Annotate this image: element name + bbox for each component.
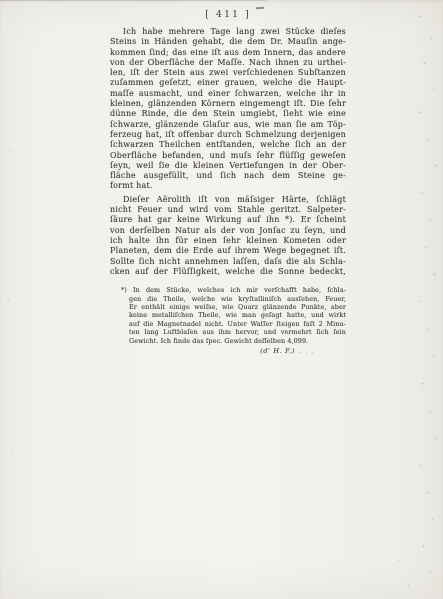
text-line: von der Oberfläche der Maſſe. Nach ihnen… xyxy=(110,58,346,68)
text-line: Dieſer Aërolith iſt von mäſsiger Härte, … xyxy=(110,195,346,205)
text-line: kommen ſind; das eine iſt aus dem Innern… xyxy=(110,48,346,58)
text-line: Planeten, dem die Erde auf ihrem Wege be… xyxy=(110,246,346,256)
text-line: zuſammen geſetzt, einer grauen, welche d… xyxy=(110,78,346,88)
text-line: ſäure hat gar keine Wirkung auf ihn *). … xyxy=(110,215,346,225)
footnote-lines: *) In dem Stücke, welches ich mir verſch… xyxy=(121,286,346,336)
text-line: nicht Feuer und wird vom Stahle geritzt.… xyxy=(110,205,346,215)
text-line: Sollte ſich nicht annehmen laſſen, daſs … xyxy=(110,257,346,267)
footnote-line: ten lang Luftblaſen aus ihm hervor, und … xyxy=(121,328,346,336)
text-line: ſchwarzen Theilchen entſtanden, welche ſ… xyxy=(110,140,346,150)
text-line: cken auf der Flüſſigkeit, welche die Son… xyxy=(110,267,346,277)
text-line: len, iſt der Stein aus zwei verſchiedene… xyxy=(110,68,346,78)
page-number: [ 411 ] xyxy=(110,9,346,20)
footnote-line: Gewicht. Ich finde das ſpec. Gewicht deſ… xyxy=(121,337,346,345)
text-line: von derſelben Natur als der von Jonſac z… xyxy=(110,226,346,236)
text-line: formt hat. xyxy=(110,181,346,191)
text-line: dünne Rinde, die den Stein umgiebt, ſieh… xyxy=(110,109,346,119)
scanned-book-page: [ 411 ] Ich habe mehrere Tage lang zwei … xyxy=(0,0,443,599)
text-line: Steins in Händen gehabt, die dem Dr. Mau… xyxy=(110,37,346,47)
scan-speckles xyxy=(0,0,1,1)
text-line: Oberfläche befanden, und muſs ſehr flüſſ… xyxy=(110,151,346,161)
author-signature: (d' H. F.) xyxy=(110,347,335,355)
text-line: ich halte ihn für einen ſehr kleinen Kom… xyxy=(110,236,346,246)
footnote: *) In dem Stücke, welches ich mir verſch… xyxy=(121,286,346,345)
paragraph-2: Dieſer Aërolith iſt von mäſsiger Härte, … xyxy=(110,195,346,277)
footnote-line: auf die Magnetnadel nicht. Unter Waſſer … xyxy=(121,320,346,328)
paragraph-2-lines: Dieſer Aërolith iſt von mäſsiger Härte, … xyxy=(110,195,346,277)
text-line: ſeyn, weil ſie die kleinen Vertiefungen … xyxy=(110,161,346,171)
text-line: Ich habe mehrere Tage lang zwei Stücke d… xyxy=(110,27,346,37)
text-line: maſſe ausmacht, und einer ſchwarzen, wel… xyxy=(110,89,346,99)
paragraph-1-lines: Ich habe mehrere Tage lang zwei Stücke d… xyxy=(110,27,346,181)
text-line: fläche ausgefüllt, und ſich nach dem Ste… xyxy=(110,171,346,181)
footnote-line: gen die Theile, welche wie kryſtalliniſc… xyxy=(121,295,346,303)
text-line: ſchwarze, glänzende Glaſur aus, wie man … xyxy=(110,120,346,130)
paragraph-1: Ich habe mehrere Tage lang zwei Stücke d… xyxy=(110,27,346,192)
text-line: kleinen, glänzenden Körnern eingemengt i… xyxy=(110,99,346,109)
scan-edge-shadow xyxy=(0,0,266,1)
main-text-block: Ich habe mehrere Tage lang zwei Stücke d… xyxy=(110,27,346,355)
footnote-line: *) In dem Stücke, welches ich mir verſch… xyxy=(121,286,346,294)
footnote-line: keine metalliſchen Theile, wie man geſag… xyxy=(121,311,346,319)
text-line: ferzeug hat, iſt offenbar durch Schmelzu… xyxy=(110,130,346,140)
